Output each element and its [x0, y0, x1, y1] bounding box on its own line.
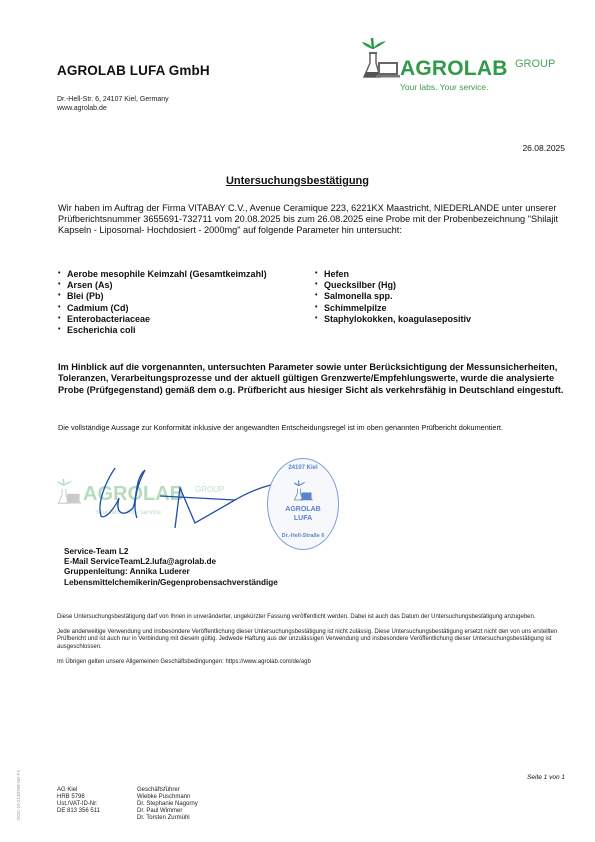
team-email[interactable]: E-Mail ServiceTeamL2.lufa@agrolab.de [64, 557, 278, 567]
list-item: Salmonella spp. [315, 291, 471, 302]
list-item: Staphylokokken, koagulasepositiv [315, 314, 471, 325]
footer-court: AG Kiel [57, 787, 100, 794]
team-role: Lebensmittelchemikerin/Gegenprobensachve… [64, 578, 278, 588]
company-name: AGROLAB LUFA GmbH [57, 63, 210, 78]
list-item: Arsen (As) [58, 280, 267, 291]
legal-notes: Diese Untersuchungsbestätigung darf von … [57, 614, 582, 674]
footer-manager: Dr. Paul Wimmer [137, 808, 198, 815]
conformity-note: Die vollständige Aussage zur Konformität… [58, 423, 578, 432]
stamp-line-2: LUFA [268, 515, 338, 522]
stamp-top-text: 24107 Kiel [268, 465, 338, 471]
stamp-line-1: AGROLAB [268, 506, 338, 513]
footer-vat-label: Ust./VAT-ID-Nr: [57, 801, 100, 808]
document-code: DOC-10-2140789-DE-P1 [16, 750, 21, 820]
list-item: Enterobacteriaceae [58, 314, 267, 325]
parameter-column-1: Aerobe mesophile Keimzahl (Gesamtkeimzah… [58, 269, 267, 336]
legal-publication-note: Diese Untersuchungsbestätigung darf von … [57, 614, 582, 621]
footer-registry: AG Kiel HRB 5796 Ust./VAT-ID-Nr: DE 813 … [57, 787, 100, 815]
official-stamp: 24107 Kiel AGROLAB LUFA Dr.-Hell-Straße … [267, 458, 339, 550]
footer-manager: Dr. Torsten Zurmühl [137, 815, 198, 822]
signature-area: AGROLAB GROUP Your labs. Your service. 2… [55, 458, 345, 550]
legal-usage-note: Jede anderweitige Verwendung und insbeso… [57, 629, 582, 651]
website-link[interactable]: www.agrolab.de [57, 105, 169, 114]
stamp-emblem-icon [290, 479, 316, 503]
company-address: Dr.-Hell-Str. 6, 24107 Kiel, Germany www… [57, 96, 169, 113]
logo-tagline: Your labs. Your service. [400, 82, 489, 92]
address-line: Dr.-Hell-Str. 6, 24107 Kiel, Germany [57, 96, 169, 105]
footer-management: Geschäftsführer Wiebke Puschmann Dr. Ste… [137, 787, 198, 822]
document-title: Untersuchungsbestätigung [0, 175, 595, 187]
service-team-block: Service-Team L2 E-Mail ServiceTeamL2.luf… [64, 547, 278, 588]
list-item: Blei (Pb) [58, 291, 267, 302]
document-date: 26.08.2025 [522, 143, 565, 153]
page-number: Seite 1 von 1 [527, 774, 565, 781]
stamp-bottom-text: Dr.-Hell-Straße 6 [268, 533, 338, 539]
intro-paragraph: Wir haben im Auftrag der Firma VITABAY C… [58, 203, 578, 237]
logo-group: GROUP [515, 58, 555, 70]
list-item: Escherichia coli [58, 325, 267, 336]
list-item: Schimmelpilze [315, 303, 471, 314]
conclusion-paragraph: Im Hinblick auf die vorgenannten, unters… [58, 362, 578, 396]
list-item: Aerobe mesophile Keimzahl (Gesamtkeimzah… [58, 269, 267, 280]
list-item: Hefen [315, 269, 471, 280]
parameter-column-2: Hefen Quecksilber (Hg) Salmonella spp. S… [315, 269, 471, 325]
footer-manager: Dr. Stephanie Nagorny [137, 801, 198, 808]
flask-laptop-plant-icon [360, 35, 402, 83]
agrolab-logo: AGROLAB GROUP Your labs. Your service. [360, 35, 575, 100]
footer-manager: Wiebke Puschmann [137, 794, 198, 801]
list-item: Cadmium (Cd) [58, 303, 267, 314]
list-item: Quecksilber (Hg) [315, 280, 471, 291]
legal-terms-note: Im Übrigen gelten unsere Allgemeinen Ges… [57, 659, 582, 666]
footer-management-title: Geschäftsführer [137, 787, 198, 794]
team-lead: Gruppenleitung: Annika Luderer [64, 567, 278, 577]
footer-hrb: HRB 5796 [57, 794, 100, 801]
footer-vat-number: DE 813 356 511 [57, 808, 100, 815]
team-name: Service-Team L2 [64, 547, 278, 557]
logo-brand: AGROLAB [400, 57, 508, 81]
